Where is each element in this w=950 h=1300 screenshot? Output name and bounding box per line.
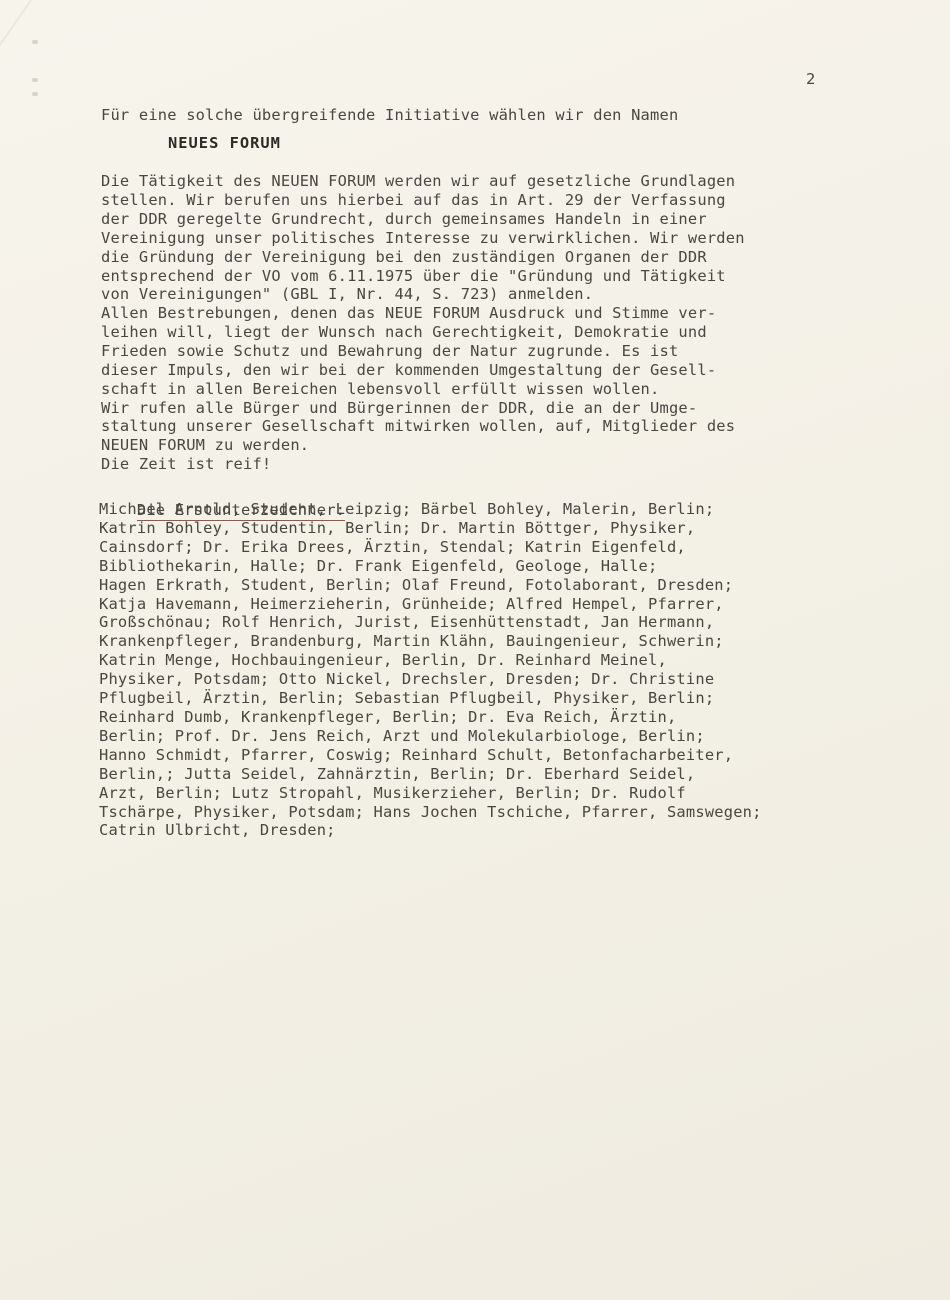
text-line: von Vereinigungen" (GBL I, Nr. 44, S. 72… [101,285,745,304]
text-line: stellen. Wir berufen uns hierbei auf das… [101,191,745,210]
text-line: dieser Impuls, den wir bei der kommenden… [101,361,735,380]
text-line: Arzt, Berlin; Lutz Stropahl, Musikerzieh… [99,784,762,803]
text-line: schaft in allen Bereichen lebensvoll erf… [101,380,735,399]
text-line: leihen will, liegt der Wunsch nach Gerec… [101,323,735,342]
staple-mark [32,92,38,96]
text-line: Hanno Schmidt, Pfarrer, Coswig; Reinhard… [99,746,762,765]
text-line: Pflugbeil, Ärztin, Berlin; Sebastian Pfl… [99,689,762,708]
text-line: Hagen Erkrath, Student, Berlin; Olaf Fre… [99,576,762,595]
staple-mark [32,78,38,82]
text-line: Berlin; Prof. Dr. Jens Reich, Arzt und M… [99,727,762,746]
text-line: der DDR geregelte Grundrecht, durch geme… [101,210,745,229]
text-line: staltung unserer Gesellschaft mitwirken … [101,417,735,436]
paper-crease [0,0,32,116]
text-line: Physiker, Potsdam; Otto Nickel, Drechsle… [99,670,762,689]
text-line: Bibliothekarin, Halle; Dr. Frank Eigenfe… [99,557,762,576]
text-line: Krankenpfleger, Brandenburg, Martin Kläh… [99,632,762,651]
text-line: die Gründung der Vereinigung bei den zus… [101,248,745,267]
text-line: Katja Havemann, Heimerzieherin, Grünheid… [99,595,762,614]
paragraph-call-to-action: Allen Bestrebungen, denen das NEUE FORUM… [101,304,735,474]
text-line: Catrin Ulbricht, Dresden; [99,821,762,840]
text-line: Reinhard Dumb, Krankenpfleger, Berlin; D… [99,708,762,727]
intro-line: Für eine solche übergreifende Initiative… [101,106,678,125]
text-line: Katrin Menge, Hochbauingenieur, Berlin, … [99,651,762,670]
text-line: Frieden sowie Schutz und Bewahrung der N… [101,342,735,361]
text-line: Die Zeit ist reif! [101,455,735,474]
text-line: Cainsdorf; Dr. Erika Drees, Ärztin, Sten… [99,538,762,557]
document-page: 2 Für eine solche übergreifende Initiati… [0,0,950,1300]
page-number: 2 [806,70,815,89]
text-line: Großschönau; Rolf Henrich, Jurist, Eisen… [99,613,762,632]
text-line: Berlin,; Jutta Seidel, Zahnärztin, Berli… [99,765,762,784]
text-line: Allen Bestrebungen, denen das NEUE FORUM… [101,304,735,323]
text-line: Vereinigung unser politisches Interesse … [101,229,745,248]
text-line: entsprechend der VO vom 6.11.1975 über d… [101,267,745,286]
text-line: NEUEN FORUM zu werden. [101,436,735,455]
text-line: Katrin Bohley, Studentin, Berlin; Dr. Ma… [99,519,762,538]
organization-title: NEUES FORUM [168,134,281,153]
signatories-list: Michael Arnold, Student, Leipzig; Bärbel… [99,500,762,840]
text-line: Die Tätigkeit des NEUEN FORUM werden wir… [101,172,745,191]
paragraph-legal-basis: Die Tätigkeit des NEUEN FORUM werden wir… [101,172,745,304]
staple-mark [32,40,38,44]
text-line: Tschärpe, Physiker, Potsdam; Hans Jochen… [99,803,762,822]
text-line: Wir rufen alle Bürger und Bürgerinnen de… [101,399,735,418]
text-line: Michael Arnold, Student, Leipzig; Bärbel… [99,500,762,519]
